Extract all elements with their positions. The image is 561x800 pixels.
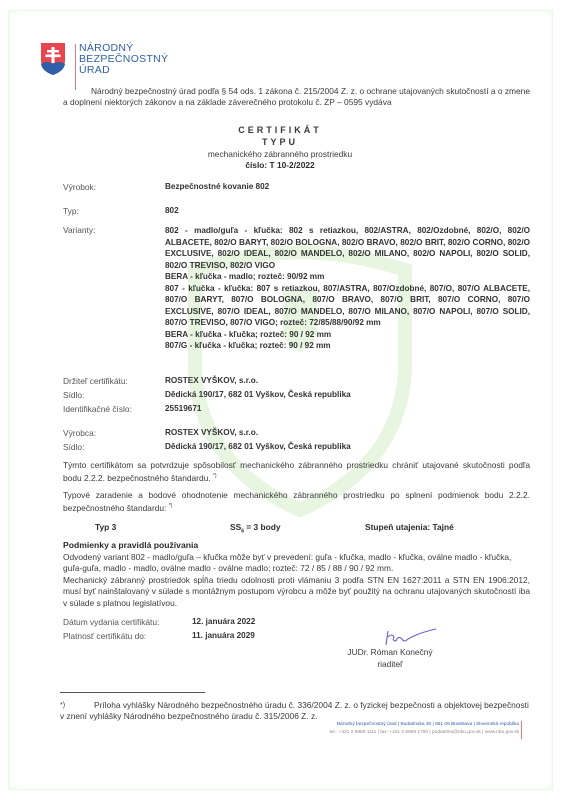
certificate-number: číslo: T 10-2/2022 (150, 160, 410, 171)
type-label: Typ: (63, 206, 79, 216)
certificate-kind: mechanického zábranného prostriedku (150, 149, 410, 160)
maker-label: Výrobca: (63, 428, 96, 438)
product-value: Bezpečnostné kovanie 802 (165, 182, 269, 191)
variants-label: Varianty: (63, 225, 95, 235)
classification-level: Stupeň utajenia: Tajné (365, 522, 454, 533)
footnote-text: Príloha vyhlášky Národného bezpečnostnéh… (60, 700, 530, 723)
variant-item: 807 - kľučka - kľučka: 807 s retiazkou, … (165, 283, 530, 329)
rating-score-prefix: SS (230, 522, 241, 532)
variant-item: 802 - madlo/guľa - kľučka: 802 s retiazk… (165, 225, 530, 271)
conditions-installation-paragraph: Mechanický zábranný prostriedok spĺňa tr… (63, 575, 530, 609)
variant-item: 807/G - kľučka - kľučka; rozteč: 90 / 92… (165, 340, 530, 352)
footer-divider (521, 721, 522, 739)
statement-capability-text: Týmto certifikátom sa potvrdzuje spôsobi… (63, 460, 530, 483)
variants-list: 802 - madlo/guľa - kľučka: 802 s retiazk… (165, 225, 530, 352)
product-label: Výrobok: (63, 182, 96, 192)
conditions-variant-paragraph: Odvodený variant 802 - madlo/guľa – kľuč… (63, 552, 530, 575)
maker-value: ROSTEX VYŠKOV, s.r.o. (165, 428, 258, 437)
holder-value: ROSTEX VYŠKOV, s.r.o. (165, 376, 258, 385)
type-value: 802 (165, 206, 179, 215)
maker-seat-label: Sídlo: (63, 442, 84, 452)
intro-paragraph: Národný bezpečnostný úrad podľa § 54 ods… (63, 86, 530, 109)
footer-contacts: tel.: +421 2 6869 1111 | fax: +421 2 686… (329, 730, 519, 735)
variant-item: BERA - kľučka - kľučka; rozteč: 90 / 92 … (165, 329, 530, 341)
footnote-divider (60, 692, 205, 693)
statement-classification-text: Typové zaradenie a bodové ohodnotenie me… (63, 490, 530, 513)
conditions-heading: Podmienky a pravidlá používania (63, 540, 198, 551)
rating-score-suffix: = 3 body (244, 522, 281, 532)
footer-address: Národný bezpečnostný úrad | Budatínska 3… (337, 722, 519, 727)
holder-seat-value: Dědická 190/17, 682 01 Vyškov, Česká rep… (165, 390, 351, 399)
org-name-line-3: ÚRAD (79, 65, 168, 76)
statement-classification: Typové zaradenie a bodové ohodnotenie me… (63, 490, 530, 515)
certificate-subtitle: TYPU (150, 137, 410, 148)
holder-seat-label: Sídlo: (63, 390, 84, 400)
logo-divider (75, 44, 76, 90)
valid-until-label: Platnosť certifikátu do: (63, 631, 146, 641)
rating-score: SS6 = 3 body (230, 522, 281, 538)
issue-date-value: 12. januára 2022 (192, 617, 255, 626)
certificate-page: NÁRODNÝ BEZPEČNOSTNÝ ÚRAD Národný bezpeč… (0, 0, 561, 800)
footnote-ref: *) (213, 473, 217, 479)
valid-until-value: 11. januára 2029 (192, 631, 255, 640)
signatory-role: riaditeľ (335, 659, 445, 670)
certificate-title: CERTIFIKÁT (150, 125, 410, 136)
slovak-coat-of-arms-icon (40, 42, 66, 76)
statement-capability: Týmto certifikátom sa potvrdzuje spôsobi… (63, 460, 530, 485)
signatory-name: JUDr. Róman Konečný (335, 647, 445, 658)
variant-item: BERA - kľučka - madlo; rozteč: 90/92 mm (165, 271, 530, 283)
holder-label: Držiteľ certifikátu: (63, 376, 128, 386)
issue-date-label: Dátum vydania certifikátu: (63, 617, 159, 627)
signature-icon (378, 627, 438, 649)
footnote-ref: *) (169, 503, 173, 509)
org-name: NÁRODNÝ BEZPEČNOSTNÝ ÚRAD (79, 43, 168, 76)
id-number-label: Identifikačné číslo: (63, 404, 132, 414)
maker-seat-value: Dědická 190/17, 682 01 Vyškov, Česká rep… (165, 442, 351, 451)
id-number-value: 25519671 (165, 404, 201, 413)
rating-type: Typ 3 (95, 522, 116, 533)
